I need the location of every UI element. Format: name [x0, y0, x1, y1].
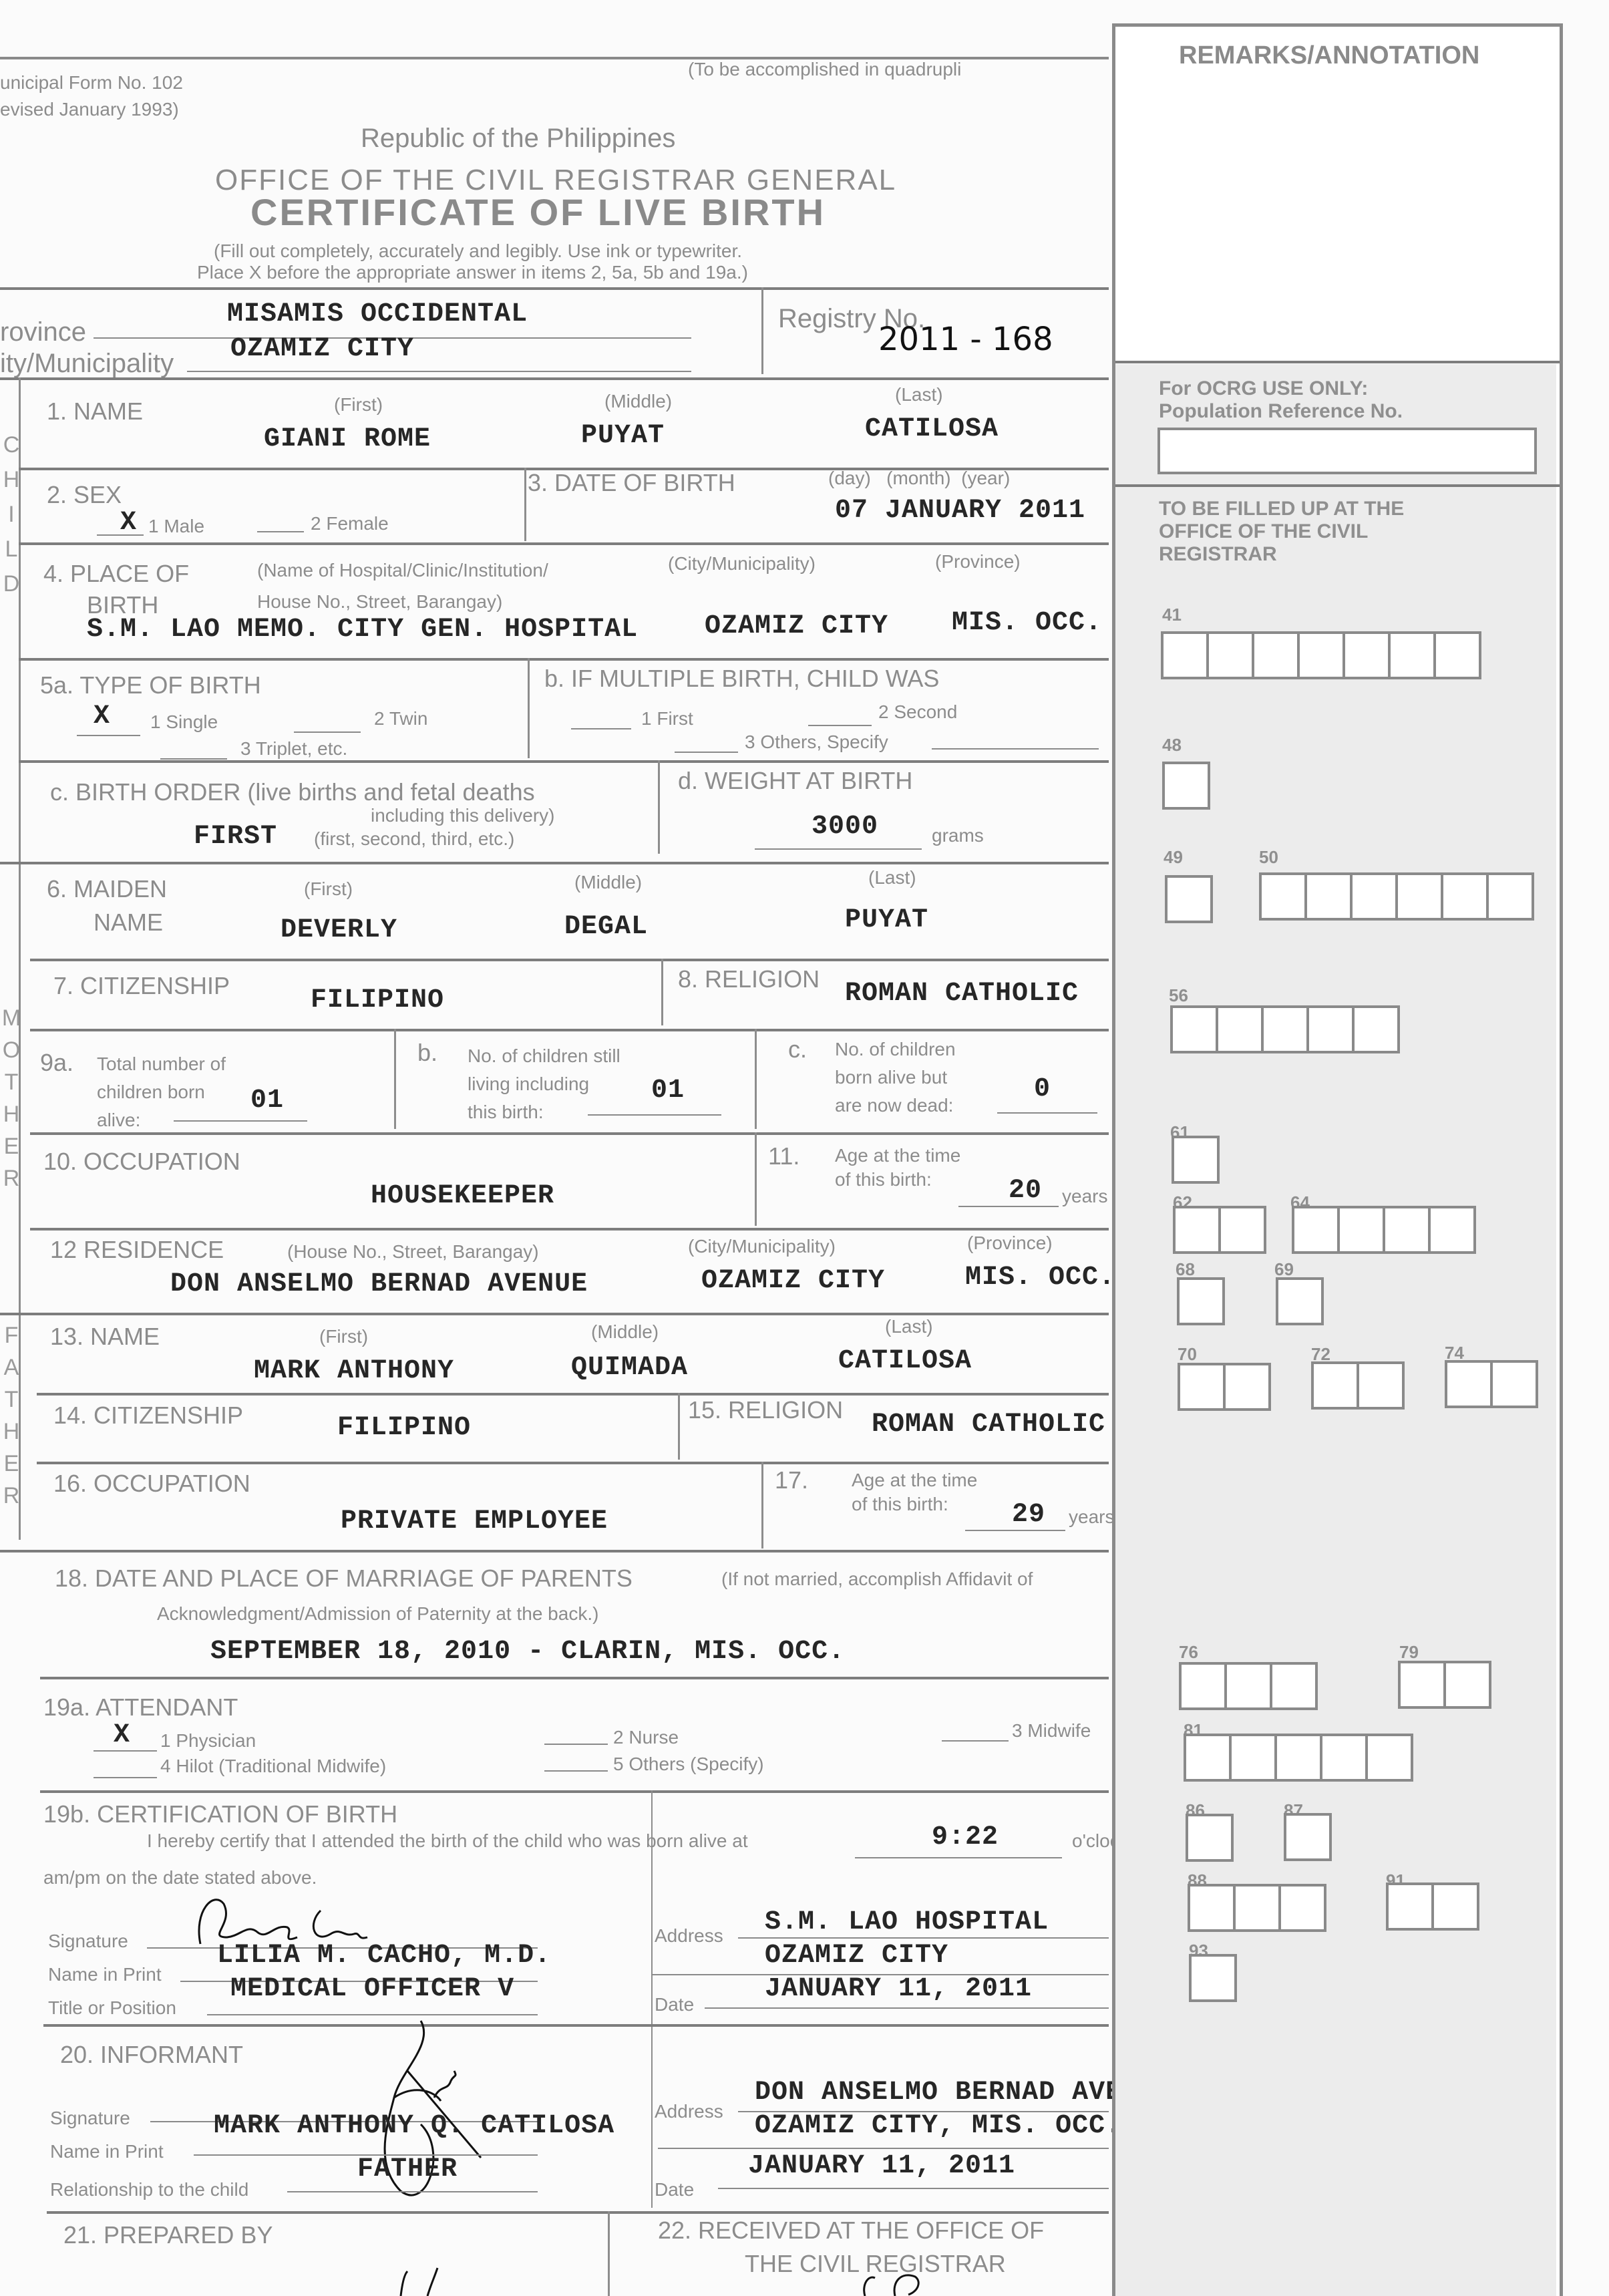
pob-hint-2: House No., Street, Barangay)	[257, 591, 502, 613]
republic-heading: Republic of the Philippines	[361, 124, 675, 154]
ocrg-divider	[1115, 484, 1560, 487]
attendant-address-label: Address	[655, 1925, 723, 1947]
mother-middle-hint: (Middle)	[574, 872, 642, 893]
informant-address-1: DON ANSELMO BERNAD AVE.	[755, 2078, 1139, 2108]
birth-time: 9:22	[932, 1822, 999, 1852]
multiple-first: 1 First	[641, 708, 693, 729]
sex-male-option: 1 Male	[148, 516, 204, 537]
residence-province: MIS. OCC.	[965, 1263, 1115, 1293]
marriage-hint-2: Acknowledgment/Admission of Paternity at…	[157, 1603, 598, 1625]
mother-occupation-label: 10. OCCUPATION	[43, 1148, 240, 1176]
code-76-label: 76	[1179, 1642, 1198, 1663]
divider	[661, 959, 663, 1025]
sex-male-blank[interactable]	[97, 534, 144, 536]
code-86-boxes[interactable]	[1186, 1814, 1231, 1862]
mother-age-value: 20	[1009, 1176, 1042, 1206]
divider	[651, 1790, 653, 2208]
birth-order-value: FIRST	[194, 822, 277, 852]
child-last-name: CATILOSA	[865, 414, 999, 444]
informant-address-line-2	[658, 2148, 1109, 2149]
code-79-boxes[interactable]	[1398, 1661, 1489, 1709]
section-divider-mother	[0, 862, 1109, 864]
informant-date-line	[718, 2188, 1109, 2189]
living-children-line	[588, 1114, 721, 1116]
city-label: ity/Municipality	[0, 349, 174, 379]
province-label: rovince	[0, 317, 86, 347]
triplet-blank[interactable]	[160, 758, 227, 760]
left-section-border	[19, 377, 21, 1540]
attendant-signature-label: Signature	[48, 1931, 128, 1952]
weight-unit: grams	[932, 825, 984, 846]
registry-divider	[761, 287, 763, 374]
quadruplicate-note: (To be accomplished in quadrupli	[688, 59, 961, 80]
residence-city: OZAMIZ CITY	[701, 1266, 885, 1296]
total-children-number: 9a.	[40, 1049, 73, 1077]
code-48-boxes[interactable]	[1162, 762, 1208, 810]
attendant-label: 19a. ATTENDANT	[43, 1693, 238, 1721]
child-first-name: GIANI ROME	[264, 424, 431, 454]
code-61-boxes[interactable]	[1172, 1136, 1217, 1184]
code-41-boxes[interactable]	[1161, 631, 1479, 679]
divider	[30, 1228, 1109, 1231]
sex-female-blank[interactable]	[257, 531, 304, 532]
code-70-boxes[interactable]	[1178, 1363, 1268, 1411]
remarks-title: REMARKS/ANNOTATION	[1179, 41, 1479, 70]
nurse-blank[interactable]	[544, 1744, 608, 1745]
child-middle-hint: (Middle)	[604, 391, 672, 412]
father-first-hint: (First)	[319, 1326, 368, 1347]
father-middle-hint: (Middle)	[591, 1321, 659, 1343]
attendant-address-line	[738, 1937, 1109, 1939]
birth-type-label: 5a. TYPE OF BIRTH	[40, 671, 261, 699]
divider	[30, 1132, 1109, 1135]
mother-citizenship: FILIPINO	[311, 985, 444, 1015]
prepared-by-label: 21. PREPARED BY	[63, 2221, 273, 2249]
multiple-second: 2 Second	[878, 701, 957, 723]
divider	[528, 658, 530, 758]
child-first-hint: (First)	[334, 394, 383, 416]
total-children-value: 01	[250, 1086, 284, 1116]
weight-value: 3000	[812, 812, 878, 842]
multiple-birth-label: b. IF MULTIPLE BIRTH, CHILD WAS	[544, 665, 939, 693]
father-religion-label: 15. RELIGION	[688, 1396, 843, 1424]
child-middle-name: PUYAT	[581, 421, 665, 451]
informant-relationship: FATHER	[357, 2154, 458, 2184]
total-children-label: Total number of children born alive:	[97, 1050, 226, 1134]
total-children-line	[174, 1120, 307, 1122]
mother-last-name: PUYAT	[845, 905, 928, 935]
certification-label: 19b. CERTIFICATION OF BIRTH	[43, 1800, 397, 1828]
code-93-boxes[interactable]	[1189, 1954, 1234, 2002]
mother-age-number: 11.	[768, 1142, 799, 1170]
attendant-name-label: Name in Print	[48, 1964, 162, 1985]
form-revised: evised January 1993)	[0, 99, 179, 120]
attendant-title-label: Title or Position	[48, 1997, 176, 2019]
father-last-hint: (Last)	[885, 1316, 933, 1337]
code-64-boxes[interactable]	[1292, 1206, 1473, 1254]
form-number: unicipal Form No. 102	[0, 72, 183, 94]
hilot-blank[interactable]	[94, 1777, 157, 1778]
birth-order-label: c. BIRTH ORDER (live births and fetal de…	[50, 778, 535, 806]
divider	[47, 2211, 1109, 2214]
attendant-address-1: S.M. LAO HOSPITAL	[765, 1907, 1049, 1937]
fill-up-note: TO BE FILLED UP AT THE OFFICE OF THE CIV…	[1159, 498, 1404, 566]
divider	[43, 2024, 1109, 2027]
attendant-date: JANUARY 11, 2011	[765, 1974, 1032, 2004]
divider	[19, 658, 1109, 661]
informant-address-label: Address	[655, 2101, 723, 2122]
multiple-others: 3 Others, Specify	[745, 731, 888, 753]
section-divider-father	[0, 1313, 1109, 1315]
document-title: CERTIFICATE OF LIVE BIRTH	[250, 190, 826, 234]
attendant-date-line	[705, 2007, 1109, 2009]
population-reference-input[interactable]	[1157, 428, 1537, 474]
father-age-value: 29	[1012, 1500, 1045, 1530]
mother-age-line	[958, 1206, 1059, 1207]
divider	[40, 1790, 1109, 1793]
code-49-boxes[interactable]	[1165, 875, 1210, 923]
mother-first-name: DEVERLY	[281, 915, 397, 945]
informant-date-label: Date	[655, 2179, 694, 2200]
father-middle-name: QUIMADA	[571, 1353, 688, 1383]
location-divider	[0, 377, 1109, 380]
single-blank[interactable]	[77, 735, 140, 736]
code-81-boxes[interactable]	[1184, 1734, 1411, 1782]
certification-text: I hereby certify that I attended the bir…	[147, 1830, 748, 1852]
divider	[524, 468, 526, 541]
divider	[37, 1393, 1109, 1396]
dead-children-label: No. of children born alive but are now d…	[835, 1035, 956, 1120]
attendant-name: LILIA M. CACHO, M.D.	[217, 1941, 551, 1971]
mother-occupation: HOUSEKEEPER	[371, 1181, 554, 1211]
divider	[755, 1029, 757, 1129]
pob-place: S.M. LAO MEMO. CITY GEN. HOSPITAL	[87, 615, 638, 645]
divider	[19, 542, 1109, 545]
code-87-boxes[interactable]	[1284, 1813, 1329, 1861]
residence-province-hint: (Province)	[967, 1233, 1053, 1254]
received-label: 22. RECEIVED AT THE OFFICE OF	[658, 2217, 1044, 2245]
code-56-boxes[interactable]	[1170, 1005, 1397, 1053]
triplet-option: 3 Triplet, etc.	[240, 738, 347, 760]
attendant-nurse: 2 Nurse	[613, 1727, 679, 1748]
pob-city-hint: (City/Municipality)	[668, 553, 816, 575]
divider	[658, 760, 660, 854]
dead-children-line	[997, 1112, 1097, 1114]
informant-name: MARK ANTHONY Q. CATILOSA	[214, 2111, 614, 2141]
residence-street: DON ANSELMO BERNAD AVENUE	[170, 1269, 588, 1299]
father-last-name: CATILOSA	[838, 1346, 972, 1376]
father-age-unit: years	[1069, 1506, 1114, 1528]
dob-hints: (day) (month) (year)	[828, 468, 1010, 489]
father-age-line	[965, 1530, 1065, 1531]
attendant-hilot: 4 Hilot (Traditional Midwife)	[160, 1756, 386, 1777]
code-41-label: 41	[1162, 605, 1182, 625]
first-blank[interactable]	[571, 728, 631, 729]
code-62-boxes[interactable]	[1173, 1206, 1264, 1254]
divider	[608, 2211, 610, 2296]
registry-number: 2011 - 168	[878, 321, 1053, 358]
city-value: OZAMIZ CITY	[230, 334, 414, 364]
section-divider-marriage	[0, 1550, 1109, 1552]
code-49-label: 49	[1164, 847, 1183, 868]
mother-religion: ROMAN CATHOLIC	[845, 979, 1079, 1009]
father-age-number: 17.	[775, 1466, 808, 1494]
attendant-title-line	[207, 2014, 538, 2015]
mother-last-hint: (Last)	[868, 867, 916, 888]
code-91-boxes[interactable]	[1386, 1882, 1477, 1931]
father-age-label: Age at the time of this birth:	[852, 1468, 977, 1516]
father-citizenship: FILIPINO	[337, 1413, 471, 1443]
dob-value: 07 JANUARY 2011	[835, 496, 1085, 526]
divider	[40, 1677, 1109, 1679]
weight-label: d. WEIGHT AT BIRTH	[678, 767, 912, 795]
code-56-label: 56	[1169, 985, 1188, 1006]
attendant-date-label: Date	[655, 1994, 694, 2015]
weight-line	[755, 848, 922, 850]
divider	[761, 1462, 763, 1548]
code-70-label: 70	[1178, 1344, 1197, 1365]
attendant-address-2: OZAMIZ CITY	[765, 1941, 948, 1971]
father-occupation: PRIVATE EMPLOYEE	[341, 1506, 608, 1536]
divider	[19, 760, 1109, 763]
marriage-value: SEPTEMBER 18, 2010 - CLARIN, MIS. OCC.	[210, 1637, 845, 1667]
informant-label: 20. INFORMANT	[60, 2041, 243, 2069]
code-69-boxes[interactable]	[1276, 1277, 1321, 1325]
child-name-label: 1. NAME	[47, 397, 143, 426]
mother-age-label: Age at the time of this birth:	[835, 1144, 960, 1192]
attendant-others: 5 Others (Specify)	[613, 1754, 764, 1775]
marriage-hint: (If not married, accomplish Affidavit of	[721, 1569, 1033, 1590]
code-79-label: 79	[1399, 1642, 1419, 1663]
dead-children-value: 0	[1034, 1074, 1051, 1104]
residence-label: 12 RESIDENCE	[50, 1236, 224, 1264]
informant-name-label: Name in Print	[50, 2141, 164, 2162]
pob-province: MIS. OCC.	[952, 608, 1102, 638]
preparer-signature-icon	[387, 2265, 468, 2296]
second-blank[interactable]	[808, 725, 872, 726]
code-76-boxes[interactable]	[1179, 1662, 1315, 1710]
pob-label: 4. PLACE OF	[43, 560, 189, 588]
father-name-label: 13. NAME	[50, 1323, 160, 1351]
others-specify-line[interactable]	[932, 748, 1099, 750]
divider	[394, 1029, 396, 1129]
attendant-mark: X	[114, 1720, 130, 1750]
pob-province-hint: (Province)	[935, 551, 1021, 572]
birth-time-line	[855, 1857, 1062, 1858]
father-occupation-label: 16. OCCUPATION	[53, 1470, 250, 1498]
father-religion: ROMAN CATHOLIC	[872, 1410, 1105, 1440]
mother-middle-name: DEGAL	[564, 912, 648, 942]
header-divider	[0, 287, 1109, 290]
sex-label: 2. SEX	[47, 481, 122, 509]
residence-city-hint: (City/Municipality)	[688, 1236, 836, 1257]
dob-label: 3. DATE OF BIRTH	[528, 469, 735, 497]
living-children-value: 01	[651, 1076, 685, 1106]
sex-female-option: 2 Female	[311, 513, 389, 534]
mother-first-hint: (First)	[304, 878, 353, 900]
father-first-name: MARK ANTHONY	[254, 1356, 454, 1386]
birth-type-mark: X	[94, 701, 110, 731]
code-50-label: 50	[1259, 847, 1278, 868]
child-last-hint: (Last)	[895, 384, 943, 405]
twin-blank[interactable]	[294, 731, 361, 733]
code-68-boxes[interactable]	[1177, 1277, 1222, 1325]
instructions-line-1: (Fill out completely, accurately and leg…	[214, 240, 742, 262]
midwife-blank[interactable]	[942, 1740, 1009, 1742]
mother-religion-label: 8. RELIGION	[678, 965, 820, 993]
pob-hint: (Name of Hospital/Clinic/Institution/	[257, 560, 548, 581]
attendant-physician: 1 Physician	[160, 1730, 256, 1752]
code-72-boxes[interactable]	[1311, 1361, 1402, 1410]
code-50-boxes[interactable]	[1259, 872, 1532, 921]
residence-hint: (House No., Street, Barangay)	[287, 1241, 539, 1263]
informant-date: JANUARY 11, 2011	[748, 2151, 1015, 2181]
single-option: 1 Single	[150, 711, 218, 733]
dead-children-number: c.	[788, 1035, 807, 1063]
mother-citizenship-label: 7. CITIZENSHIP	[53, 972, 230, 1000]
sex-mark: X	[120, 508, 137, 538]
attendant-midwife: 3 Midwife	[1012, 1720, 1091, 1742]
code-74-boxes[interactable]	[1445, 1360, 1536, 1408]
attendant-title: MEDICAL OFFICER V	[230, 1974, 514, 2004]
others-blank[interactable]	[675, 752, 738, 753]
birth-order-hint: (first, second, third, etc.)	[314, 828, 514, 850]
instructions-line-2: Place X before the appropriate answer in…	[197, 262, 748, 283]
physician-blank[interactable]	[94, 1750, 157, 1752]
maiden-name-label: 6. MAIDEN	[47, 875, 167, 903]
pob-city: OZAMIZ CITY	[705, 611, 888, 641]
province-value: MISAMIS OCCIDENTAL	[227, 299, 528, 329]
ocrg-use-label: For OCRG USE ONLY: Population Reference …	[1159, 377, 1403, 423]
informant-relationship-label: Relationship to the child	[50, 2179, 248, 2200]
birth-order-label-2: including this delivery)	[371, 805, 554, 826]
divider	[755, 1132, 757, 1226]
divider	[678, 1393, 680, 1460]
father-citizenship-label: 14. CITIZENSHIP	[53, 1402, 243, 1430]
marriage-label: 18. DATE AND PLACE OF MARRIAGE OF PARENT…	[55, 1565, 633, 1593]
code-88-boxes[interactable]	[1188, 1884, 1324, 1932]
registrar-signature-icon	[855, 2271, 948, 2296]
living-children-number: b.	[417, 1039, 437, 1067]
remarks-divider	[1115, 361, 1560, 363]
informant-signature-label: Signature	[50, 2108, 130, 2129]
divider	[30, 959, 1109, 961]
twin-option: 2 Twin	[374, 708, 427, 729]
city-line	[187, 371, 691, 372]
divider	[30, 1029, 1109, 1031]
others-blank[interactable]	[544, 1770, 608, 1772]
informant-relationship-line	[287, 2191, 538, 2192]
mother-age-unit: years	[1062, 1186, 1107, 1207]
code-48-label: 48	[1162, 735, 1182, 756]
divider	[37, 1462, 1109, 1464]
maiden-name-label-2: NAME	[94, 909, 163, 937]
informant-address-2: OZAMIZ CITY, MIS. OCC.	[755, 2111, 1122, 2141]
